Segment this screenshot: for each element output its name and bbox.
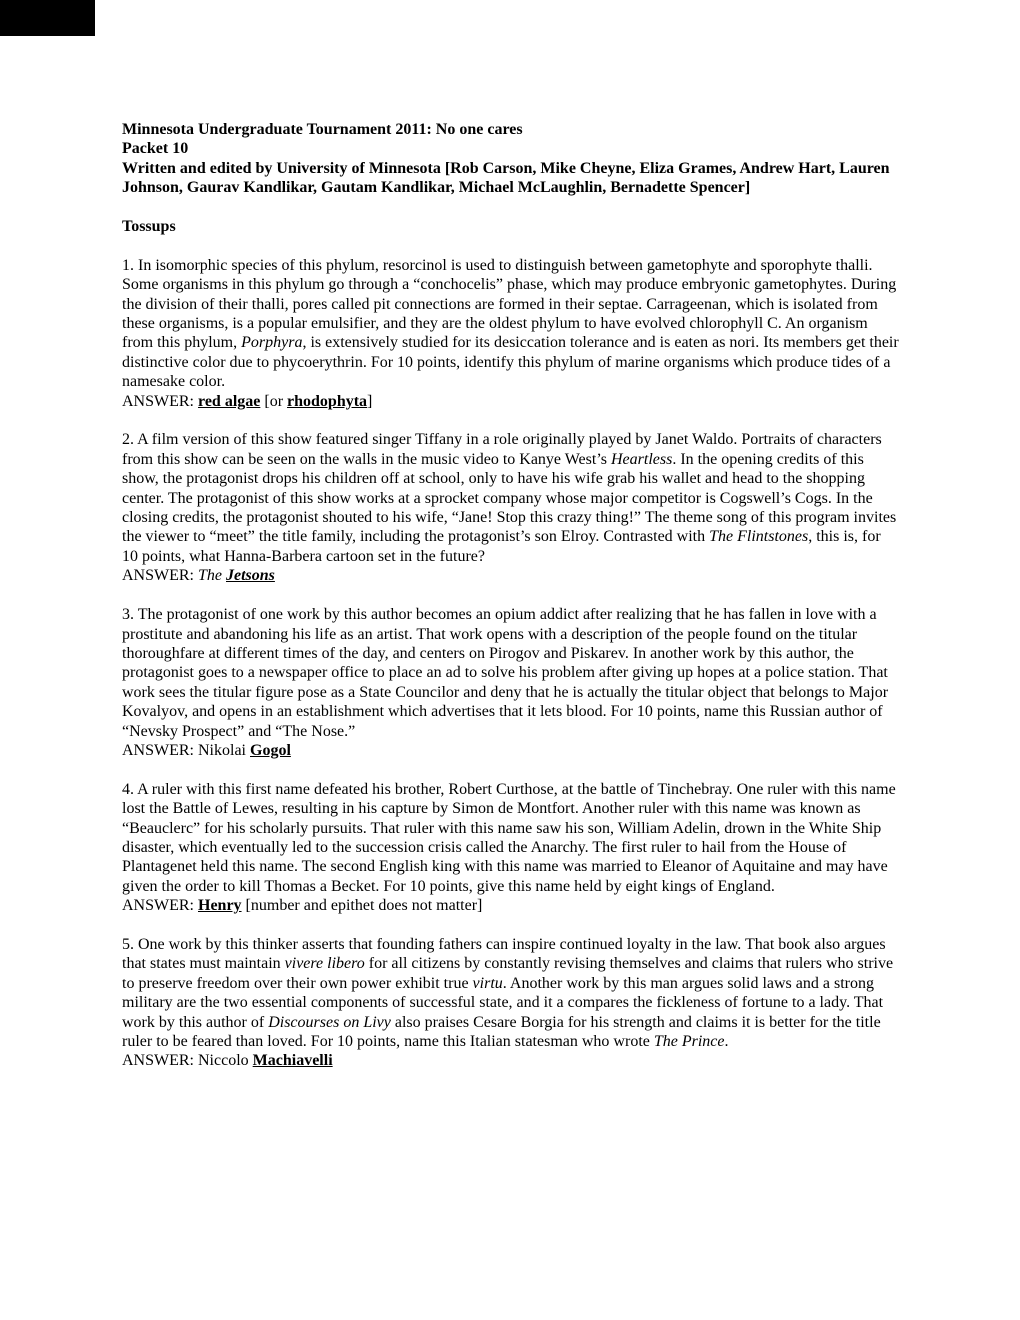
question-1: 1. In isomorphic species of this phylum,… — [122, 256, 900, 411]
question-4-text: 4. A ruler with this first name defeated… — [122, 780, 900, 896]
question-4: 4. A ruler with this first name defeated… — [122, 780, 900, 916]
question-3-text: 3. The protagonist of one work by this a… — [122, 605, 900, 741]
tournament-title: Minnesota Undergraduate Tournament 2011:… — [122, 120, 900, 139]
question-1-answer: ANSWER: red algae [or rhodophyta] — [122, 392, 900, 411]
question-5-answer: ANSWER: Niccolo Machiavelli — [122, 1051, 900, 1070]
document-content: Minnesota Undergraduate Tournament 2011:… — [122, 120, 900, 1090]
document-header: Minnesota Undergraduate Tournament 2011:… — [122, 120, 900, 198]
document-page: Minnesota Undergraduate Tournament 2011:… — [0, 0, 1020, 1320]
question-3-answer: ANSWER: Nikolai Gogol — [122, 741, 900, 760]
byline: Written and edited by University of Minn… — [122, 159, 900, 198]
question-2-answer: ANSWER: The Jetsons — [122, 566, 900, 585]
question-5: 5. One work by this thinker asserts that… — [122, 935, 900, 1071]
question-4-answer: ANSWER: Henry [number and epithet does n… — [122, 896, 900, 915]
packet-number: Packet 10 — [122, 139, 900, 158]
question-2-text: 2. A film version of this show featured … — [122, 430, 900, 566]
question-2: 2. A film version of this show featured … — [122, 430, 900, 585]
question-1-text: 1. In isomorphic species of this phylum,… — [122, 256, 900, 392]
question-3: 3. The protagonist of one work by this a… — [122, 605, 900, 760]
section-title: Tossups — [122, 217, 900, 236]
question-5-text: 5. One work by this thinker asserts that… — [122, 935, 900, 1051]
scan-artifact — [0, 0, 95, 36]
